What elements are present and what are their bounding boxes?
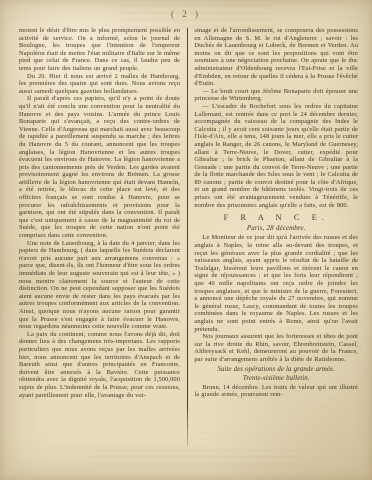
subheading-bulletin: Trente-sixième bulletin. <box>194 375 358 383</box>
paragraph: Nos journaux assurent que les forteresse… <box>194 333 358 363</box>
newspaper-page: ( 2 ) moient le désir d'être mis le plus… <box>0 0 372 480</box>
paragraph-continuation: sinage et de l'arrondissement, se compos… <box>194 27 358 88</box>
page-number: ( 2 ) <box>0 9 372 19</box>
left-column: moient le désir d'être mis le plus promp… <box>19 27 180 472</box>
paragraph: Du 20. Hier il nous est arrivé 2 malles … <box>19 73 180 96</box>
news-item: — Le bruit court que Jérôme Bonaparte do… <box>194 88 358 103</box>
paragraph: La paix du continent, comme nous l'avons… <box>19 331 180 399</box>
paragraph: Le Moniteur de ce jour dit qu'à l'arrivé… <box>194 234 358 333</box>
subheading-operations: Suite des opérations de la grande armée. <box>194 366 358 374</box>
news-item: — L'escadre de Rochefort sous les ordres… <box>194 103 358 209</box>
paragraph-bulletin: Brunn, 14 décembre. Les traits de valeur… <box>194 384 358 399</box>
right-column: sinage et de l'arrondissement, se compos… <box>194 27 358 472</box>
paragraph: Il paraît d'après ces papiers, qu'il n'y… <box>19 95 180 239</box>
paragraph: Une note de Lauenbourg, à la date du 4 j… <box>19 240 180 331</box>
column-divider-rule <box>187 28 188 446</box>
text-columns: moient le désir d'être mis le plus promp… <box>19 27 358 472</box>
dateline-paris: Paris, 28 décembre. <box>194 225 358 233</box>
paragraph-continuation: moient le désir d'être mis le plus promp… <box>19 27 180 73</box>
section-heading-france: F R A N C E. <box>194 214 358 222</box>
